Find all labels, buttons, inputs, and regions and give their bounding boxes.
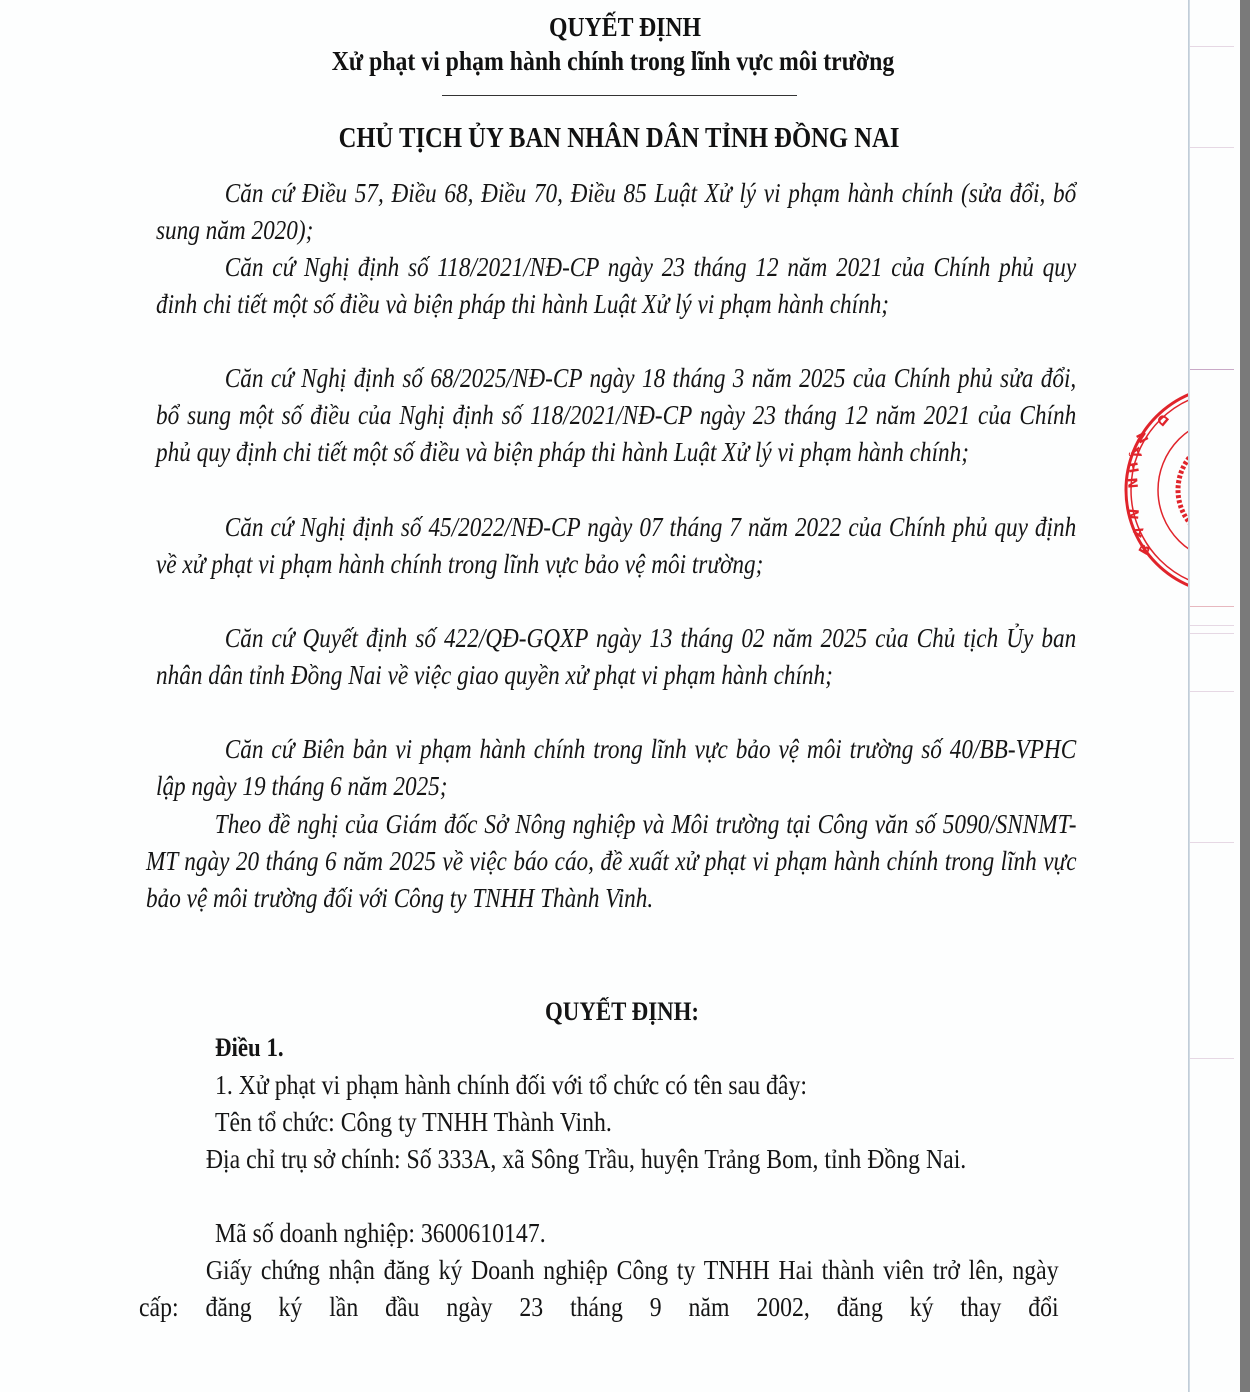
svg-text:D: D bbox=[1155, 410, 1173, 429]
enterprise-code: Mã số doanh nghiệp: 3600610147. bbox=[215, 1215, 1095, 1252]
legal-basis-1: Căn cứ Điều 57, Điều 68, Điều 70, Điều 8… bbox=[156, 175, 1076, 249]
organization-address: Địa chỉ trụ sở chính: Số 333A, xã Sông T… bbox=[139, 1141, 1059, 1178]
article-1-heading: Điều 1. bbox=[215, 1033, 284, 1063]
legal-basis-6: Căn cứ Biên bản vi phạm hành chính trong… bbox=[156, 731, 1076, 805]
article-1-item-1: 1. Xử phạt vi phạm hành chính đối với tổ… bbox=[215, 1067, 1095, 1104]
legal-basis-4: Căn cứ Nghị định số 45/2022/NĐ-CP ngày 0… bbox=[156, 509, 1076, 583]
svg-text:N: N bbox=[1127, 508, 1143, 520]
document-title: QUYẾT ĐỊNH bbox=[75, 12, 1175, 43]
svg-text:Â: Â bbox=[1127, 445, 1145, 460]
official-seal-stamp: B A N N H Â N D bbox=[1118, 388, 1190, 592]
business-certificate: Giấy chứng nhận đăng ký Doanh nghiệp Côn… bbox=[139, 1252, 1059, 1326]
legal-basis-2: Căn cứ Nghị định số 118/2021/NĐ-CP ngày … bbox=[156, 249, 1076, 323]
svg-text:A: A bbox=[1130, 525, 1147, 539]
document-subtitle: Xử phạt vi phạm hành chính trong lĩnh vự… bbox=[63, 46, 1163, 77]
right-margin-strip bbox=[1190, 0, 1240, 1392]
decision-heading: QUYẾT ĐỊNH: bbox=[545, 997, 699, 1027]
legal-basis-5: Căn cứ Quyết định số 422/QĐ-GQXP ngày 13… bbox=[156, 620, 1076, 694]
organization-name: Tên tổ chức: Công ty TNHH Thành Vinh. bbox=[215, 1104, 1095, 1141]
svg-text:N: N bbox=[1126, 477, 1142, 489]
document-page: QUYẾT ĐỊNH Xử phạt vi phạm hành chính tr… bbox=[0, 0, 1192, 1392]
viewer-border bbox=[1240, 0, 1250, 1392]
legal-basis-3: Căn cứ Nghị định số 68/2025/NĐ-CP ngày 1… bbox=[156, 360, 1076, 471]
title-separator bbox=[442, 95, 797, 97]
legal-basis-7: Theo đề nghị của Giám đốc Sở Nông nghiệp… bbox=[146, 806, 1077, 917]
issuing-authority: CHỦ TỊCH ỦY BAN NHÂN DÂN TỈNH ĐỒNG NAI bbox=[69, 123, 1169, 155]
svg-text:B: B bbox=[1136, 542, 1154, 558]
